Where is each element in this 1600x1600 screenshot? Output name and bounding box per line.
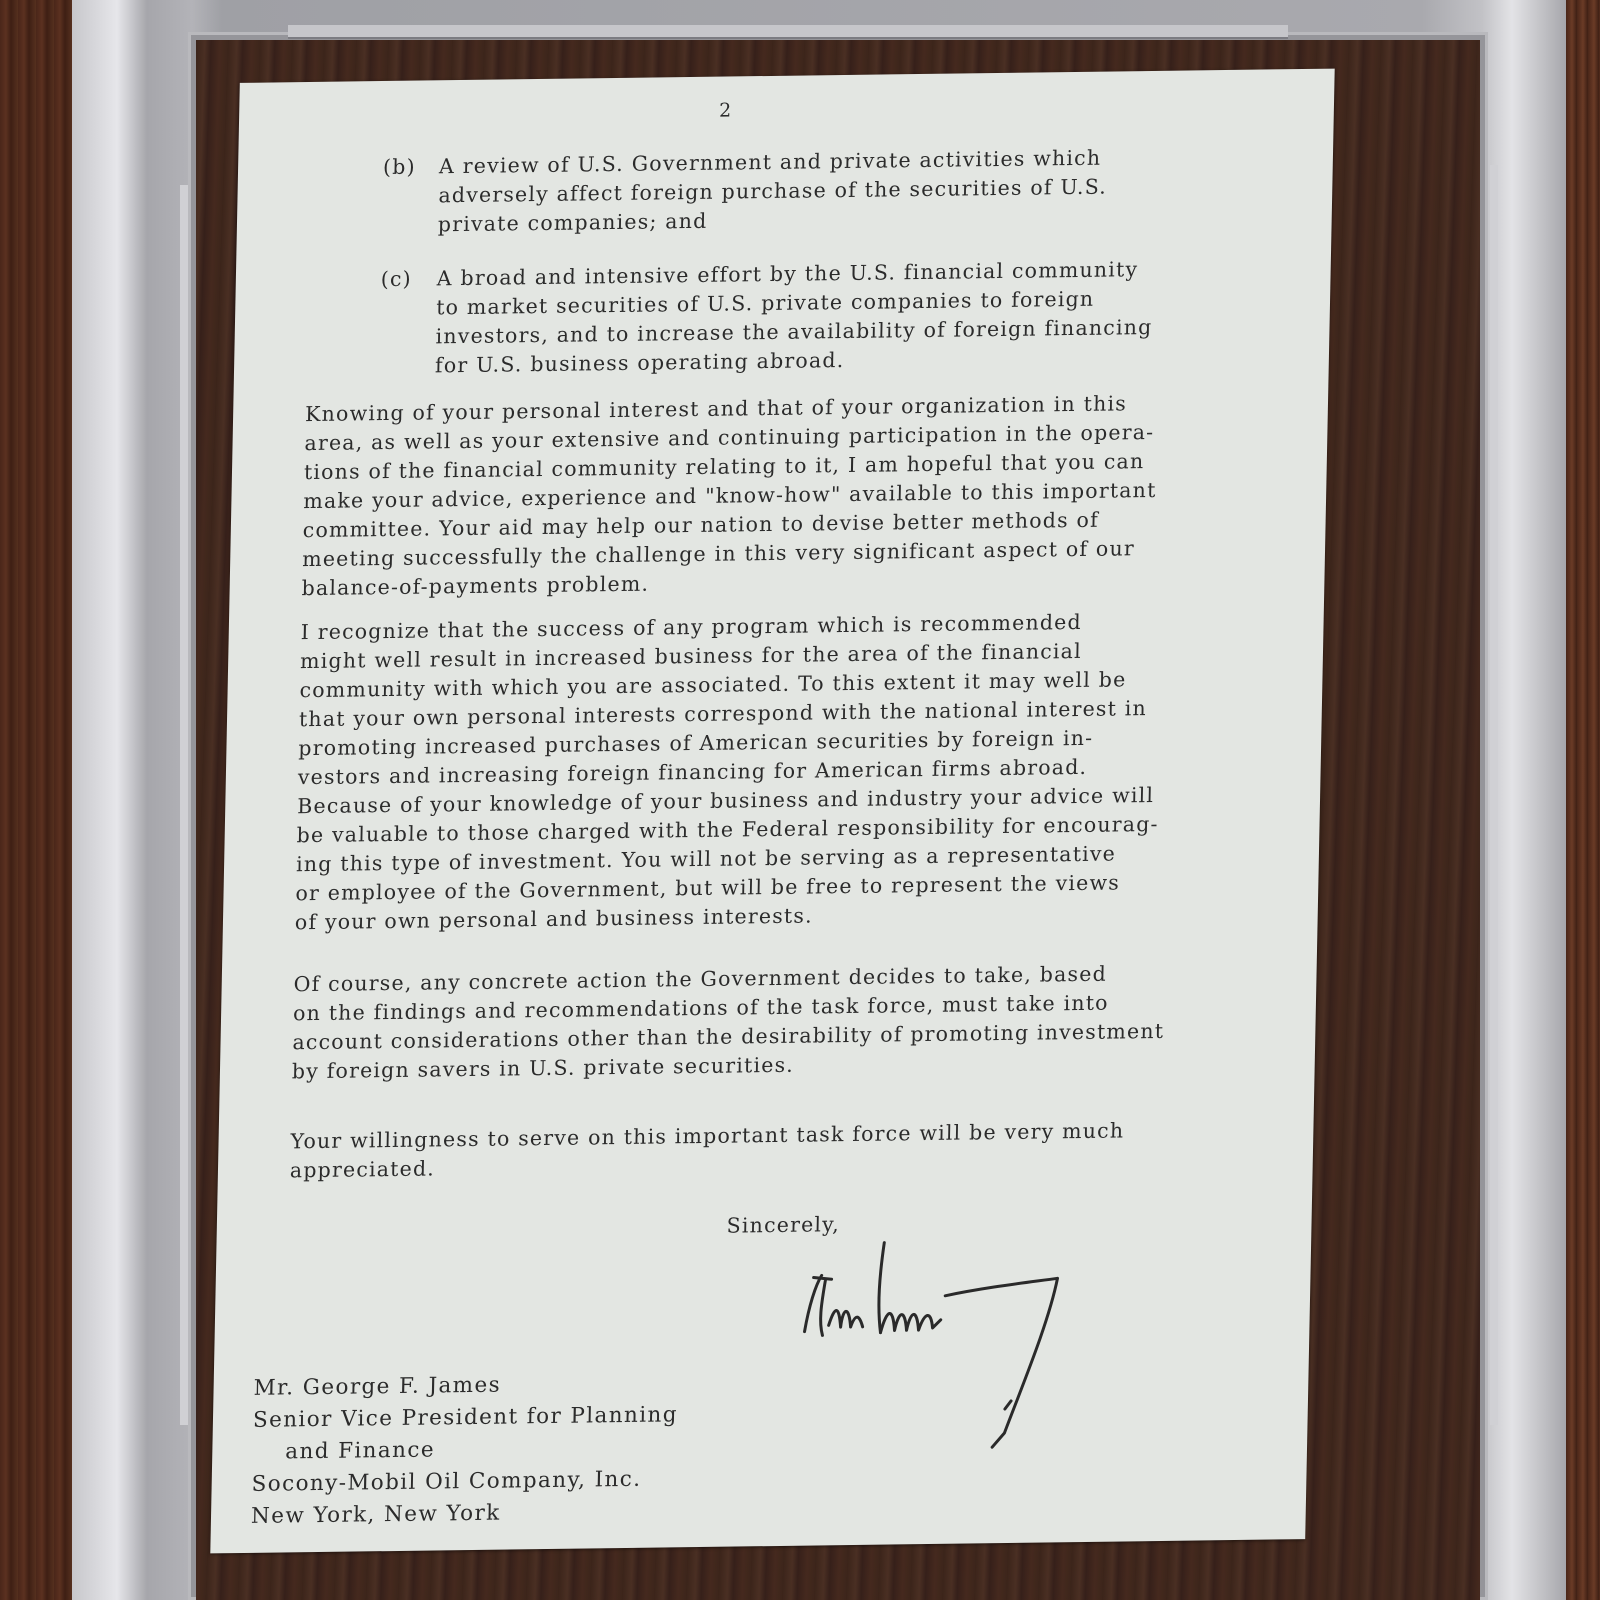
wood-surface-left: [0, 0, 78, 1600]
list-item-label: (c): [381, 265, 413, 294]
list-item-b: (b) A review of U.S. Government and priv…: [382, 142, 1204, 240]
paragraph-of-course: Of course, any concrete action the Gover…: [292, 957, 1304, 1086]
recipient-title: Senior Vice President for Planning: [253, 1399, 679, 1437]
paragraph-knowing: Knowing of your personal interest and th…: [301, 387, 1315, 603]
paragraph-recognize: I recognize that the success of any prog…: [295, 605, 1311, 937]
recipient-company: Socony-Mobil Oil Company, Inc.: [251, 1463, 677, 1501]
slab-right-rail: [1490, 165, 1498, 1425]
page-number: 2: [719, 96, 733, 125]
list-item-text: A review of U.S. Government and private …: [438, 142, 1204, 239]
list-item-text: A broad and intensive effort by the U.S.…: [435, 254, 1201, 380]
recipient-city: New York, New York: [251, 1495, 677, 1533]
slab-top-rail: [288, 25, 1288, 39]
slab-left-rail: [180, 185, 188, 1425]
wood-surface-right: [1566, 0, 1600, 1600]
paragraph-willingness: Your willingness to serve on this import…: [290, 1114, 1301, 1185]
recipient-address: Mr. George F. JamesSenior Vice President…: [251, 1367, 679, 1533]
signature-icon: [782, 1232, 1076, 1456]
letter-page: 2 (b) A review of U.S. Government and pr…: [210, 69, 1334, 1554]
list-item-label: (b): [383, 153, 416, 182]
list-item-c: (c) A broad and intensive effort by the …: [379, 254, 1201, 381]
